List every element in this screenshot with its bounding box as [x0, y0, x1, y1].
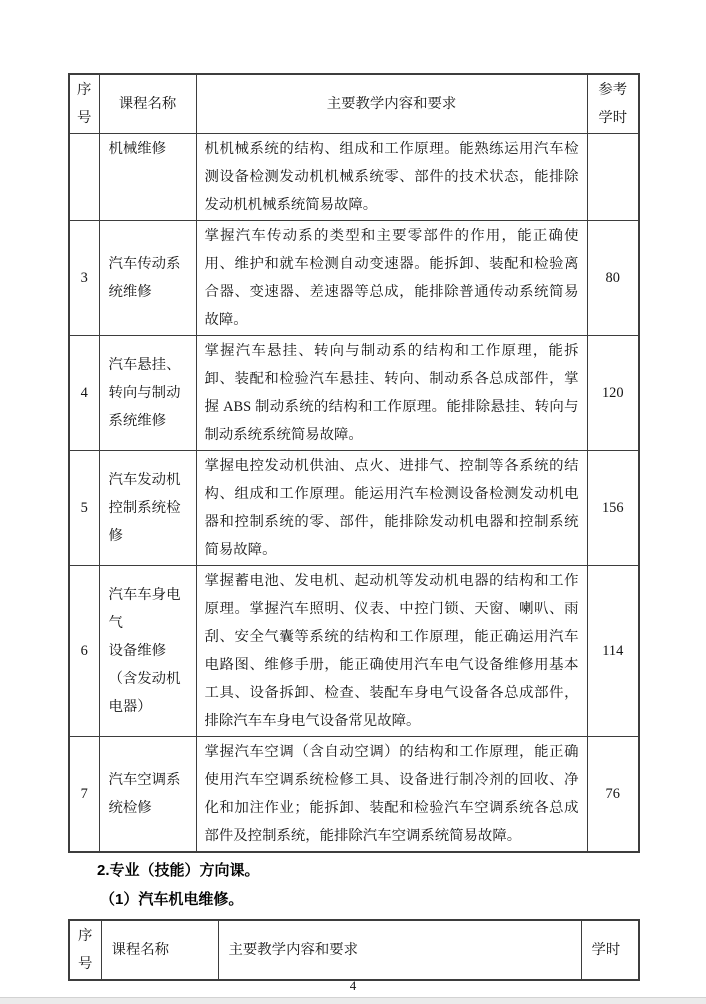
row-content: 机机械系统的结构、组成和工作原理。能熟练运用汽车检测设备检测发动机机械系统零、部… — [196, 134, 587, 221]
row-hours: 80 — [587, 221, 639, 336]
table-row: 6 汽车车身电气 设备维修 （含发动机电器） 掌握蓄电池、发电机、起动机等发动机… — [69, 566, 639, 737]
table-row: 3 汽车传动系统维修 掌握汽车传动系的类型和主要零部件的作用，能正确使用、维护和… — [69, 221, 639, 336]
header-content: 主要教学内容和要求 — [218, 920, 581, 980]
section-heading: 2.专业（技能）方向课。 — [97, 860, 706, 881]
row-content: 掌握汽车空调（含自动空调）的结构和工作原理，能正确使用汽车空调系统检修工具、设备… — [196, 737, 587, 853]
row-no: 3 — [69, 221, 99, 336]
row-hours — [587, 134, 639, 221]
row-course-name: 汽车传动系统维修 — [99, 221, 196, 336]
header-course-name: 课程名称 — [101, 920, 218, 980]
header-no: 序 号 — [69, 920, 101, 980]
document-page: 序 号 课程名称 主要教学内容和要求 参考 学时 机械维修 机机械系统的结构、组… — [0, 0, 706, 1004]
table-header-row: 序 号 课程名称 主要教学内容和要求 学时 — [69, 920, 639, 980]
row-course-name: 机械维修 — [99, 134, 196, 221]
row-content: 掌握汽车悬挂、转向与制动系的结构和工作原理，能拆卸、装配和检验汽车悬挂、转向、制… — [196, 336, 587, 451]
header-ref-hours: 参考 学时 — [587, 74, 639, 134]
row-hours: 76 — [587, 737, 639, 853]
table-row: 4 汽车悬挂、转向与制动系统维修 掌握汽车悬挂、转向与制动系的结构和工作原理，能… — [69, 336, 639, 451]
table-row: 5 汽车发动机控制系统检修 掌握电控发动机供油、点火、进排气、控制等各系统的结构… — [69, 451, 639, 566]
header-hours: 学时 — [581, 920, 639, 980]
table-row: 机械维修 机机械系统的结构、组成和工作原理。能熟练运用汽车检测设备检测发动机机械… — [69, 134, 639, 221]
row-course-name: 汽车空调系统检修 — [99, 737, 196, 853]
header-course-name: 课程名称 — [99, 74, 196, 134]
row-no: 5 — [69, 451, 99, 566]
subsection-heading: （1）汽车机电维修。 — [100, 889, 706, 910]
table-header-row: 序 号 课程名称 主要教学内容和要求 参考 学时 — [69, 74, 639, 134]
course-table-secondary: 序 号 课程名称 主要教学内容和要求 学时 — [68, 919, 640, 981]
row-course-name: 汽车发动机控制系统检修 — [99, 451, 196, 566]
row-content: 掌握电控发动机供油、点火、进排气、控制等各系统的结构、组成和工作原理。能运用汽车… — [196, 451, 587, 566]
row-no: 6 — [69, 566, 99, 737]
course-table-main: 序 号 课程名称 主要教学内容和要求 参考 学时 机械维修 机机械系统的结构、组… — [68, 73, 640, 853]
header-content: 主要教学内容和要求 — [196, 74, 587, 134]
table-row: 7 汽车空调系统检修 掌握汽车空调（含自动空调）的结构和工作原理，能正确使用汽车… — [69, 737, 639, 853]
row-content: 掌握汽车传动系的类型和主要零部件的作用，能正确使用、维护和就车检测自动变速器。能… — [196, 221, 587, 336]
row-hours: 120 — [587, 336, 639, 451]
row-course-name: 汽车车身电气 设备维修 （含发动机电器） — [99, 566, 196, 737]
row-course-name: 汽车悬挂、转向与制动系统维修 — [99, 336, 196, 451]
row-no — [69, 134, 99, 221]
row-no: 4 — [69, 336, 99, 451]
row-content: 掌握蓄电池、发电机、起动机等发动机电器的结构和工作原理。掌握汽车照明、仪表、中控… — [196, 566, 587, 737]
header-no: 序 号 — [69, 74, 99, 134]
row-hours: 156 — [587, 451, 639, 566]
page-number: 4 — [0, 978, 706, 994]
viewer-bottom-edge — [0, 997, 706, 1004]
row-hours: 114 — [587, 566, 639, 737]
row-no: 7 — [69, 737, 99, 853]
